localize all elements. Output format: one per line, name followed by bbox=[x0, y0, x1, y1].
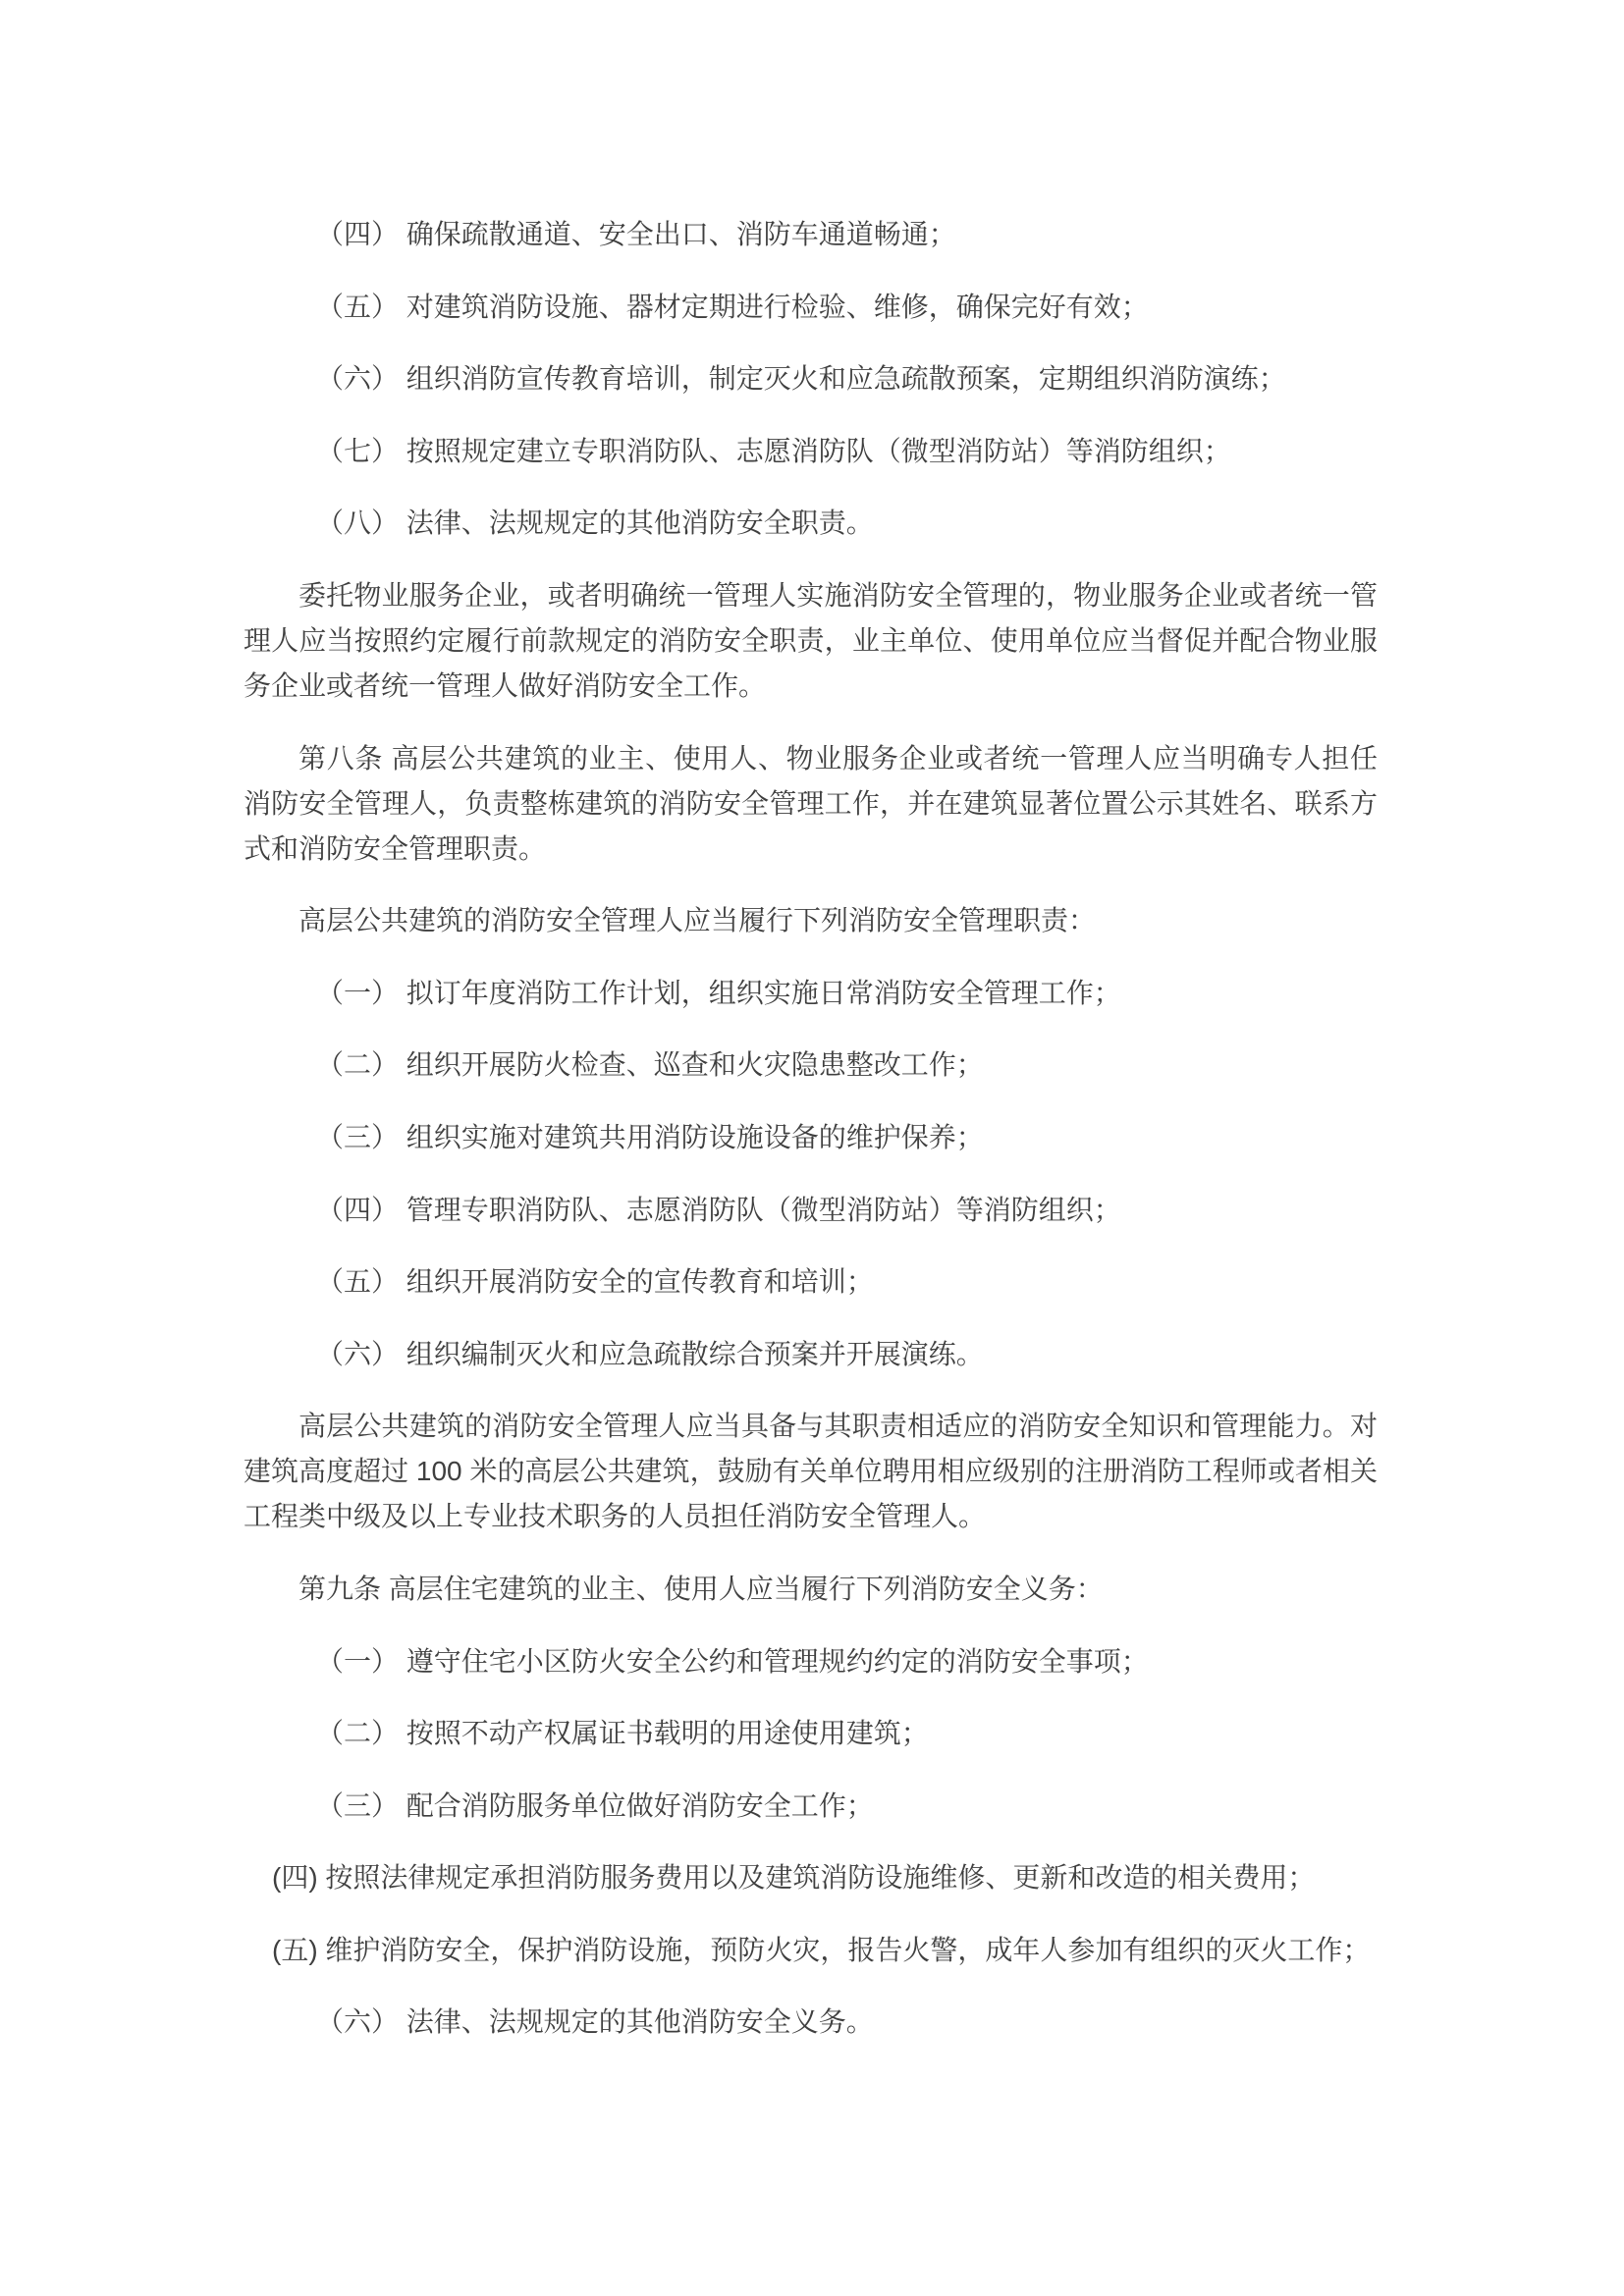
list-item: (五) 维护消防安全，保护消防设施，预防火灾，报告火警，成年人参加有组织的灭火工… bbox=[244, 1928, 1378, 1973]
list-item: （五） 组织开展消防安全的宣传教育和培训； bbox=[244, 1259, 1378, 1305]
paragraph: 第八条 高层公共建筑的业主、使用人、物业服务企业或者统一管理人应当明确专人担任消… bbox=[244, 736, 1378, 872]
paragraph: 高层公共建筑的消防安全管理人应当履行下列消防安全管理职责： bbox=[244, 898, 1378, 943]
list-item: （二） 按照不动产权属证书载明的用途使用建筑； bbox=[244, 1711, 1378, 1756]
list-item: （一） 拟订年度消防工作计划，组织实施日常消防安全管理工作； bbox=[244, 971, 1378, 1016]
list-item: （三） 配合消防服务单位做好消防安全工作； bbox=[244, 1784, 1378, 1829]
list-item: （五） 对建筑消防设施、器材定期进行检验、维修，确保完好有效； bbox=[244, 285, 1378, 330]
document-body: （四） 确保疏散通道、安全出口、消防车通道畅通；（五） 对建筑消防设施、器材定期… bbox=[244, 212, 1378, 2045]
list-item: （三） 组织实施对建筑共用消防设施设备的维护保养； bbox=[244, 1115, 1378, 1160]
list-item: （一） 遵守住宅小区防火安全公约和管理规约约定的消防安全事项； bbox=[244, 1639, 1378, 1684]
paragraph: 高层公共建筑的消防安全管理人应当具备与其职责相适应的消防安全知识和管理能力。对建… bbox=[244, 1404, 1378, 1539]
document-page: （四） 确保疏散通道、安全出口、消防车通道畅通；（五） 对建筑消防设施、器材定期… bbox=[0, 0, 1624, 2296]
list-item: （六） 组织消防宣传教育培训，制定灭火和应急疏散预案，定期组织消防演练； bbox=[244, 356, 1378, 401]
paragraph: 委托物业服务企业，或者明确统一管理人实施消防安全管理的，物业服务企业或者统一管理… bbox=[244, 573, 1378, 709]
list-item: （六） 法律、法规规定的其他消防安全义务。 bbox=[244, 2000, 1378, 2045]
list-item: （二） 组织开展防火检查、巡查和火灾隐患整改工作； bbox=[244, 1042, 1378, 1088]
list-item: （八） 法律、法规规定的其他消防安全职责。 bbox=[244, 501, 1378, 546]
list-item: (四) 按照法律规定承担消防服务费用以及建筑消防设施维修、更新和改造的相关费用； bbox=[244, 1855, 1378, 1900]
paragraph: 第九条 高层住宅建筑的业主、使用人应当履行下列消防安全义务： bbox=[244, 1567, 1378, 1612]
list-item: （六） 组织编制灭火和应急疏散综合预案并开展演练。 bbox=[244, 1332, 1378, 1377]
list-item: （四） 管理专职消防队、志愿消防队（微型消防站）等消防组织； bbox=[244, 1188, 1378, 1233]
list-item: （四） 确保疏散通道、安全出口、消防车通道畅通； bbox=[244, 212, 1378, 257]
list-item: （七） 按照规定建立专职消防队、志愿消防队（微型消防站）等消防组织； bbox=[244, 429, 1378, 474]
